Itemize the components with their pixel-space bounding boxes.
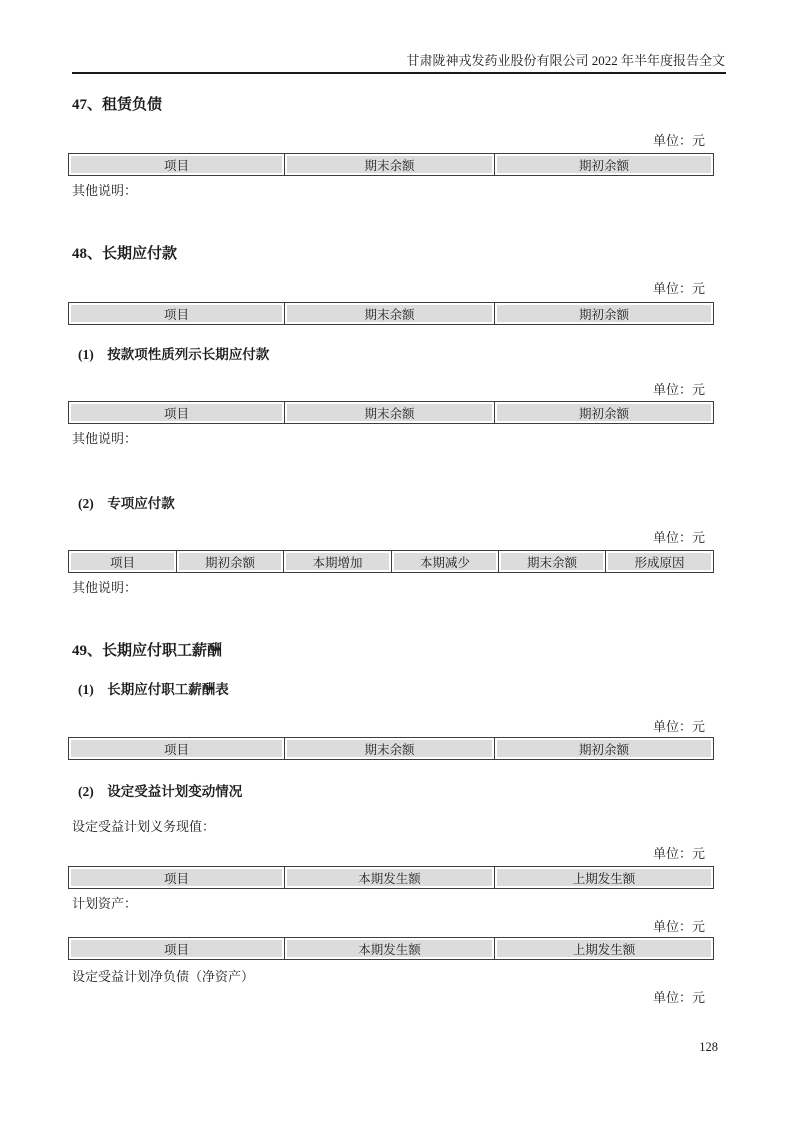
unit-label: 单位：元 (72, 846, 705, 862)
table-header-row: 项目 期末余额 期初余额 (69, 154, 714, 176)
header-divider (72, 72, 726, 74)
table-header-row: 项目 本期发生额 上期发生额 (69, 867, 714, 889)
plan-assets-table: 项目 本期发生额 上期发生额 (68, 937, 714, 960)
table-header-cell: 上期发生额 (495, 867, 714, 889)
other-note-label: 其他说明： (72, 183, 137, 199)
table-header-row: 项目 期末余额 期初余额 (69, 402, 714, 424)
table-header-cell: 上期发生额 (495, 938, 714, 960)
special-payables-table: 项目 期初余额 本期增加 本期减少 期末余额 形成原因 (68, 550, 714, 573)
report-header-title: 甘肃陇神戎发药业股份有限公司 2022 年半年度报告全文 (72, 53, 725, 69)
table-header-cell: 项目 (69, 867, 285, 889)
defined-benefit-obligation-table: 项目 本期发生额 上期发生额 (68, 866, 714, 889)
table-header-cell: 项目 (69, 551, 177, 573)
long-term-employee-comp-table: 项目 期末余额 期初余额 (68, 737, 714, 760)
table-header-cell: 期初余额 (495, 402, 714, 424)
section-49-title: 49、长期应付职工薪酬 (72, 642, 222, 661)
unit-label: 单位：元 (72, 530, 705, 546)
report-page: 甘肃陇神戎发药业股份有限公司 2022 年半年度报告全文 47、租赁负债 单位：… (0, 0, 793, 1122)
section-49-sub2-title: (2) 设定受益计划变动情况 (78, 784, 242, 801)
table-header-cell: 本期发生额 (285, 938, 495, 960)
table-header-cell: 期末余额 (285, 154, 495, 176)
table-header-cell: 期末余额 (285, 738, 495, 760)
table-header-cell: 期初余额 (495, 738, 714, 760)
section-49-sub1-title: (1) 长期应付职工薪酬表 (78, 682, 229, 699)
other-note-label: 其他说明： (72, 580, 137, 596)
obligation-present-value-label: 设定受益计划义务现值： (72, 819, 215, 835)
table-header-cell: 项目 (69, 402, 285, 424)
table-header-cell: 项目 (69, 938, 285, 960)
table-header-cell: 本期发生额 (285, 867, 495, 889)
table-header-cell: 本期减少 (392, 551, 499, 573)
unit-label: 单位：元 (72, 133, 705, 149)
table-header-cell: 项目 (69, 303, 285, 325)
table-header-cell: 期初余额 (177, 551, 284, 573)
table-header-row: 项目 期末余额 期初余额 (69, 303, 714, 325)
plan-assets-label: 计划资产： (72, 896, 137, 912)
section-47-title: 47、租赁负债 (72, 96, 162, 115)
net-liability-label: 设定受益计划净负债（净资产） (72, 969, 254, 985)
section-48-sub2-title: (2) 专项应付款 (78, 496, 175, 513)
unit-label: 单位：元 (72, 281, 705, 297)
unit-label: 单位：元 (72, 382, 705, 398)
table-header-cell: 期末余额 (285, 402, 495, 424)
table-header-cell: 形成原因 (606, 551, 714, 573)
table-header-cell: 期初余额 (495, 303, 714, 325)
table-header-cell: 期末余额 (285, 303, 495, 325)
section-48-sub1-title: (1) 按款项性质列示长期应付款 (78, 347, 269, 364)
table-header-cell: 项目 (69, 154, 285, 176)
unit-label: 单位：元 (72, 719, 705, 735)
unit-label: 单位：元 (72, 919, 705, 935)
table-header-cell: 期初余额 (495, 154, 714, 176)
table-header-cell: 本期增加 (284, 551, 392, 573)
lease-liabilities-table: 项目 期末余额 期初余额 (68, 153, 714, 176)
section-48-title: 48、长期应付款 (72, 245, 177, 264)
long-term-payables-table: 项目 期末余额 期初余额 (68, 302, 714, 325)
table-header-row: 项目 期末余额 期初余额 (69, 738, 714, 760)
table-header-cell: 项目 (69, 738, 285, 760)
payables-by-nature-table: 项目 期末余额 期初余额 (68, 401, 714, 424)
table-header-row: 项目 期初余额 本期增加 本期减少 期末余额 形成原因 (69, 551, 714, 573)
unit-label: 单位：元 (72, 990, 705, 1006)
page-number: 128 (72, 1040, 718, 1056)
other-note-label: 其他说明： (72, 431, 137, 447)
table-header-cell: 期末余额 (499, 551, 606, 573)
table-header-row: 项目 本期发生额 上期发生额 (69, 938, 714, 960)
